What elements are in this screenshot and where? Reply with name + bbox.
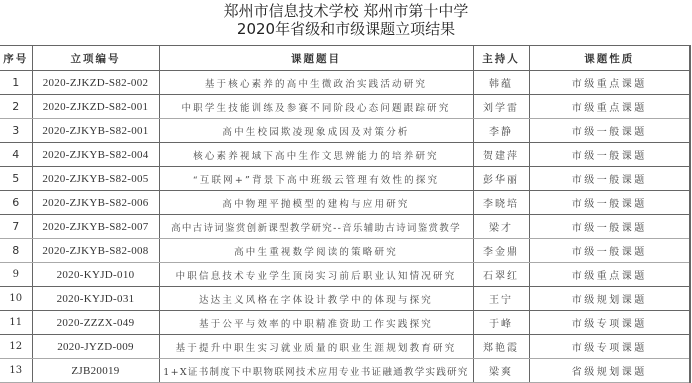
table-row: 10 2020-KYJD-031 达达主义风格在字体设计教学中的体现与探究 王宁… xyxy=(0,287,690,311)
cell-index: 11 xyxy=(0,311,32,335)
table-header-row: 序号 立项编号 课题题目 主持人 课题性质 xyxy=(0,46,690,71)
table-row: 8 2020-ZJKYB-S82-008 高中生重视数学阅读的策略研究 李金鼎 … xyxy=(0,239,690,263)
cell-project-code: 2020-ZZZX-049 xyxy=(32,311,159,335)
cell-topic: “互联网+”背景下高中班级云管理有效性的探究 xyxy=(159,167,473,191)
table-row: 7 2020-ZJKYB-S82-007 高中古诗词鉴赏创新课型教学研究--音乐… xyxy=(0,215,690,239)
cell-project-code: 2020-ZJKZD-S82-002 xyxy=(32,71,159,95)
cell-index: 1 xyxy=(0,71,32,95)
cell-project-code: 2020-ZJKZD-S82-001 xyxy=(32,95,159,119)
table-row: 1 2020-ZJKZD-S82-002 基于核心素养的高中生微政治实践活动研究… xyxy=(0,71,690,95)
table-row: 12 2020-JYZD-009 基于提升中职生实习就业质量的职业生涯规划教育研… xyxy=(0,335,690,359)
cell-host: 刘学雷 xyxy=(473,95,529,119)
cell-type: 市级一般课题 xyxy=(529,119,690,143)
results-table: 序号 立项编号 课题题目 主持人 课题性质 1 2020-ZJKZD-S82-0… xyxy=(0,45,691,383)
cell-host: 梁才 xyxy=(473,215,529,239)
cell-host: 李晓培 xyxy=(473,191,529,215)
cell-index: 5 xyxy=(0,167,32,191)
header-project-code: 立项编号 xyxy=(32,46,159,71)
cell-type: 市级专项课题 xyxy=(529,311,690,335)
header-topic: 课题题目 xyxy=(159,46,473,71)
cell-host: 贺建萍 xyxy=(473,143,529,167)
cell-project-code: 2020-KYJD-031 xyxy=(32,287,159,311)
cell-type: 市级一般课题 xyxy=(529,143,690,167)
page-title-block: 郑州市信息技术学校 郑州市第十中学 2020年省级和市级课题立项结果 xyxy=(0,2,692,38)
cell-index: 13 xyxy=(0,359,32,383)
table-row: 9 2020-KYJD-010 中职信息技术专业学生顶岗实习前后职业认知情况研究… xyxy=(0,263,690,287)
table-row: 11 2020-ZZZX-049 基于公平与效率的中职精准资助工作实践探究 于峰… xyxy=(0,311,690,335)
page-title-schools: 郑州市信息技术学校 郑州市第十中学 xyxy=(0,2,692,20)
cell-project-code: ZJB20019 xyxy=(32,359,159,383)
table-row: 3 2020-ZJKYB-S82-001 高中生校园欺凌现象成因及对策分析 李静… xyxy=(0,119,690,143)
table-row: 4 2020-ZJKYB-S82-004 核心素养视域下高中生作文思辨能力的培养… xyxy=(0,143,690,167)
cell-index: 4 xyxy=(0,143,32,167)
cell-topic: 核心素养视域下高中生作文思辨能力的培养研究 xyxy=(159,143,473,167)
cell-project-code: 2020-KYJD-010 xyxy=(32,263,159,287)
cell-host: 彭华丽 xyxy=(473,167,529,191)
cell-type: 市级一般课题 xyxy=(529,239,690,263)
cell-host: 石翠红 xyxy=(473,263,529,287)
cell-type: 市级专项课题 xyxy=(529,335,690,359)
table-row: 5 2020-ZJKYB-S82-005 “互联网+”背景下高中班级云管理有效性… xyxy=(0,167,690,191)
cell-type: 市级一般课题 xyxy=(529,215,690,239)
cell-topic: 中职学生技能训练及参赛不同阶段心态问题跟踪研究 xyxy=(159,95,473,119)
cell-host: 郑艳霞 xyxy=(473,335,529,359)
cell-topic: 高中生校园欺凌现象成因及对策分析 xyxy=(159,119,473,143)
cell-topic: 基于提升中职生实习就业质量的职业生涯规划教育研究 xyxy=(159,335,473,359)
cell-project-code: 2020-ZJKYB-S82-001 xyxy=(32,119,159,143)
cell-topic: 1+X证书制度下中职物联网技术应用专业书证融通教学实践研究 xyxy=(159,359,473,383)
cell-type: 市级一般课题 xyxy=(529,167,690,191)
cell-type: 省级规划课题 xyxy=(529,359,690,383)
cell-host: 王宁 xyxy=(473,287,529,311)
cell-project-code: 2020-JYZD-009 xyxy=(32,335,159,359)
cell-host: 于峰 xyxy=(473,311,529,335)
cell-host: 李金鼎 xyxy=(473,239,529,263)
cell-topic: 高中生重视数学阅读的策略研究 xyxy=(159,239,473,263)
cell-type: 市级重点课题 xyxy=(529,95,690,119)
header-type: 课题性质 xyxy=(529,46,690,71)
page-title-results: 2020年省级和市级课题立项结果 xyxy=(0,20,692,38)
table-row: 13 ZJB20019 1+X证书制度下中职物联网技术应用专业书证融通教学实践研… xyxy=(0,359,690,383)
cell-index: 9 xyxy=(0,263,32,287)
cell-type: 市级重点课题 xyxy=(529,71,690,95)
cell-type: 市级一般课题 xyxy=(529,191,690,215)
cell-index: 12 xyxy=(0,335,32,359)
cell-topic: 基于核心素养的高中生微政治实践活动研究 xyxy=(159,71,473,95)
cell-topic: 中职信息技术专业学生顶岗实习前后职业认知情况研究 xyxy=(159,263,473,287)
cell-type: 市级规划课题 xyxy=(529,287,690,311)
cell-host: 李静 xyxy=(473,119,529,143)
cell-project-code: 2020-ZJKYB-S82-008 xyxy=(32,239,159,263)
cell-project-code: 2020-ZJKYB-S82-006 xyxy=(32,191,159,215)
cell-index: 2 xyxy=(0,95,32,119)
cell-index: 3 xyxy=(0,119,32,143)
cell-index: 7 xyxy=(0,215,32,239)
cell-topic: 高中古诗词鉴赏创新课型教学研究--音乐辅助古诗词鉴赏教学 xyxy=(159,215,473,239)
cell-host: 韩蕴 xyxy=(473,71,529,95)
cell-topic: 高中物理平抛模型的建构与应用研究 xyxy=(159,191,473,215)
cell-host: 梁爽 xyxy=(473,359,529,383)
cell-project-code: 2020-ZJKYB-S82-005 xyxy=(32,167,159,191)
cell-project-code: 2020-ZJKYB-S82-004 xyxy=(32,143,159,167)
cell-index: 10 xyxy=(0,287,32,311)
cell-index: 6 xyxy=(0,191,32,215)
table-row: 2 2020-ZJKZD-S82-001 中职学生技能训练及参赛不同阶段心态问题… xyxy=(0,95,690,119)
cell-type: 市级重点课题 xyxy=(529,263,690,287)
cell-topic: 基于公平与效率的中职精准资助工作实践探究 xyxy=(159,311,473,335)
results-table-container: 序号 立项编号 课题题目 主持人 课题性质 1 2020-ZJKZD-S82-0… xyxy=(0,45,690,383)
table-row: 6 2020-ZJKYB-S82-006 高中物理平抛模型的建构与应用研究 李晓… xyxy=(0,191,690,215)
header-index: 序号 xyxy=(0,46,32,71)
cell-index: 8 xyxy=(0,239,32,263)
cell-topic: 达达主义风格在字体设计教学中的体现与探究 xyxy=(159,287,473,311)
header-host: 主持人 xyxy=(473,46,529,71)
cell-project-code: 2020-ZJKYB-S82-007 xyxy=(32,215,159,239)
